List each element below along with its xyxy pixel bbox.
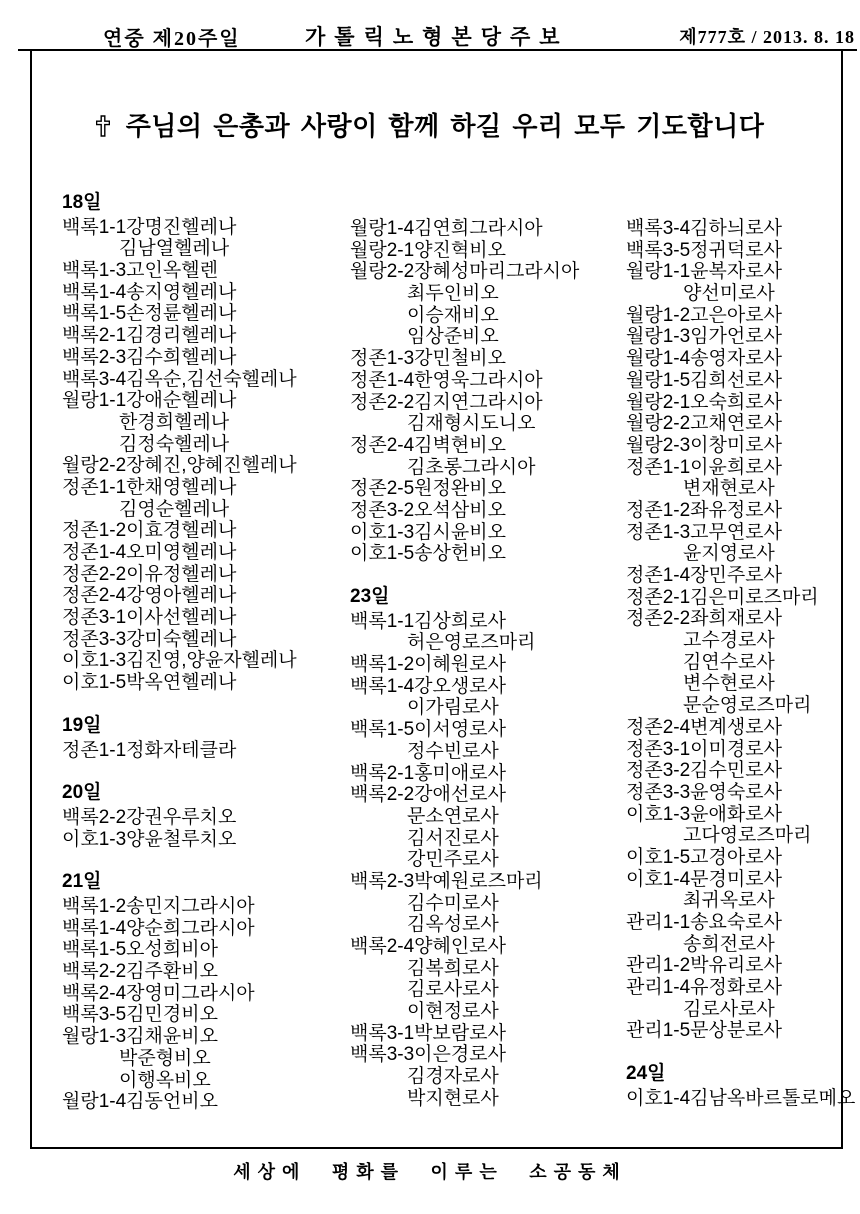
list-item: 백록3-4김옥순,김선숙헬레나	[62, 369, 354, 391]
date-heading: 24일	[626, 1063, 860, 1085]
header-week-label: 연중 제20주일	[103, 22, 241, 51]
list-item: 강민주로사	[350, 849, 642, 871]
list-item: 정존2-4변계생로사	[626, 717, 860, 739]
list-item: 백록1-4송지영헬레나	[62, 282, 354, 304]
section-gap	[62, 761, 354, 782]
list-item: 정존1-2좌유정로사	[626, 500, 860, 522]
page-title: 주님의 은총과 사랑이 함께 하길 우리 모두 기도합니다	[126, 111, 765, 141]
date-heading: 21일	[62, 871, 354, 893]
list-item: 김옥성로사	[350, 914, 642, 936]
list-item: 이호1-5고경아로사	[626, 847, 860, 869]
footer-motto: 세상에 평화를 이루는 소공동체	[0, 1158, 860, 1184]
section-gap	[62, 694, 354, 715]
list-item: 백록2-2김주환비오	[62, 961, 354, 983]
name-column-left: 18일백록1-1강명진헬레나김남열헬레나백록1-3고인옥헬렌백록1-4송지영헬레…	[62, 192, 354, 1113]
list-item: 월랑1-4김연희그라시아	[350, 218, 642, 240]
list-item: 양선미로사	[626, 283, 860, 305]
list-item: 정존3-1이사선헬레나	[62, 607, 354, 629]
list-item: 김연수로사	[626, 652, 860, 674]
list-item: 정존1-4장민주로사	[626, 565, 860, 587]
list-item: 관리1-2박유리로사	[626, 955, 860, 977]
list-item: 임상준비오	[350, 326, 642, 348]
list-item: 백록3-4김하늬로사	[626, 218, 860, 240]
list-item: 백록2-1홍미애로사	[350, 763, 642, 785]
list-item: 백록1-1강명진헬레나	[62, 217, 354, 239]
list-item: 백록1-5오성희비아	[62, 939, 354, 961]
list-item: 김정숙헬레나	[62, 434, 354, 456]
list-item: 월랑2-1오숙희로사	[626, 392, 860, 414]
date-heading: 20일	[62, 782, 354, 804]
list-item: 정존1-1정화자테클라	[62, 740, 354, 762]
list-item: 김복희로사	[350, 958, 642, 980]
list-item: 김재형시도니오	[350, 413, 642, 435]
section-gap	[350, 565, 642, 586]
list-item: 김경자로사	[350, 1066, 642, 1088]
list-item: 정존3-3윤영숙로사	[626, 782, 860, 804]
list-item: 정존3-2김수민로사	[626, 760, 860, 782]
list-item: 월랑1-3김채윤비오	[62, 1026, 354, 1048]
name-column-middle: 월랑1-4김연희그라시아월랑2-1양진혁비오월랑2-2장혜성마리그라시아최두인비…	[350, 192, 642, 1110]
list-item: 정존1-4오미영헬레나	[62, 542, 354, 564]
list-item: 백록1-1김상희로사	[350, 611, 642, 633]
list-item: 월랑1-4송영자로사	[626, 348, 860, 370]
list-item: 이승재비오	[350, 305, 642, 327]
list-item: 백록2-1김경리헬레나	[62, 325, 354, 347]
list-item: 월랑2-2장혜진,양혜진헬레나	[62, 455, 354, 477]
list-item: 이호1-5박옥연헬레나	[62, 672, 354, 694]
list-item: 백록1-5손정륜헬레나	[62, 303, 354, 325]
list-item: 관리1-5문상분로사	[626, 1020, 860, 1042]
list-item: 김영순헬레나	[62, 499, 354, 521]
list-item: 한경희헬레나	[62, 412, 354, 434]
list-item: 최귀옥로사	[626, 890, 860, 912]
list-item: 월랑1-4김동언비오	[62, 1091, 354, 1113]
list-item: 이호1-3양윤철루치오	[62, 829, 354, 851]
list-item: 이호1-3김진영,양윤자헬레나	[62, 650, 354, 672]
list-item: 백록1-3고인옥헬렌	[62, 260, 354, 282]
list-item: 정수빈로사	[350, 741, 642, 763]
list-item: 백록1-4강오생로사	[350, 676, 642, 698]
date-heading: 18일	[62, 192, 354, 214]
list-item: 백록3-5정귀덕로사	[626, 240, 860, 262]
list-item: 백록2-3김수희헬레나	[62, 347, 354, 369]
list-item: 백록3-1박보람로사	[350, 1023, 642, 1045]
list-item: 김서진로사	[350, 828, 642, 850]
list-item: 이행옥비오	[62, 1070, 354, 1092]
bulletin-page: 연중 제20주일 가톨릭노형본당주보 제777호 / 2013. 8. 18 주…	[0, 0, 860, 1214]
list-item: 정존2-5원정완비오	[350, 478, 642, 500]
list-item: 김로사로사	[350, 979, 642, 1001]
list-item: 정존1-1한채영헬레나	[62, 477, 354, 499]
list-item: 관리1-4유정화로사	[626, 977, 860, 999]
list-item: 정존1-4한영욱그라시아	[350, 370, 642, 392]
list-item: 박지현로사	[350, 1088, 642, 1110]
list-item: 정존2-2김지연그라시아	[350, 392, 642, 414]
list-item: 이가림로사	[350, 697, 642, 719]
list-item: 월랑1-3임가언로사	[626, 326, 860, 348]
list-item: 백록2-2강애선로사	[350, 784, 642, 806]
list-item: 정존2-4강영아헬레나	[62, 585, 354, 607]
list-item: 백록1-2이혜원로사	[350, 654, 642, 676]
list-item: 월랑1-2고은아로사	[626, 305, 860, 327]
list-item: 백록1-5이서영로사	[350, 719, 642, 741]
list-item: 송희전로사	[626, 934, 860, 956]
list-item: 월랑2-1양진혁비오	[350, 240, 642, 262]
list-item: 백록2-2강권우루치오	[62, 807, 354, 829]
section-gap	[62, 850, 354, 871]
list-item: 백록1-2송민지그라시아	[62, 896, 354, 918]
list-item: 정존1-3강민철비오	[350, 348, 642, 370]
header-issue-date: 제777호 / 2013. 8. 18	[679, 23, 855, 49]
date-heading: 19일	[62, 715, 354, 737]
list-item: 문소연로사	[350, 806, 642, 828]
list-item: 정존2-4김벽현비오	[350, 435, 642, 457]
list-item: 월랑2-2장혜성마리그라시아	[350, 261, 642, 283]
list-item: 변재현로사	[626, 478, 860, 500]
list-item: 이호1-3김시윤비오	[350, 522, 642, 544]
list-item: 김초롱그라시아	[350, 457, 642, 479]
name-column-right: 백록3-4김하늬로사백록3-5정귀덕로사월랑1-1윤복자로사양선미로사월랑1-2…	[626, 192, 860, 1110]
list-item: 월랑1-1강애순헬레나	[62, 390, 354, 412]
list-item: 박준형비오	[62, 1048, 354, 1070]
section-gap	[626, 1042, 860, 1063]
list-item: 백록2-4양혜인로사	[350, 936, 642, 958]
list-item: 이현정로사	[350, 1001, 642, 1023]
list-item: 월랑1-1윤복자로사	[626, 261, 860, 283]
list-item: 백록2-4장영미그라시아	[62, 983, 354, 1005]
list-item: 정존3-2오석삼비오	[350, 500, 642, 522]
list-item: 이호1-3윤애화로사	[626, 804, 860, 826]
list-item: 월랑2-3이창미로사	[626, 435, 860, 457]
list-item: 정존2-2좌희재로사	[626, 608, 860, 630]
list-item: 이호1-4문경미로사	[626, 869, 860, 891]
list-item: 고다영로즈마리	[626, 825, 860, 847]
list-item: 문순영로즈마리	[626, 695, 860, 717]
list-item: 김남열헬레나	[62, 238, 354, 260]
list-item: 변수현로사	[626, 673, 860, 695]
list-item: 정존1-3고무연로사	[626, 522, 860, 544]
list-item: 백록1-4양순희그라시아	[62, 918, 354, 940]
list-item: 정존1-2이효경헬레나	[62, 520, 354, 542]
list-item: 이호1-4김남옥바르톨로메오	[626, 1088, 860, 1110]
list-item: 백록3-5김민경비오	[62, 1004, 354, 1026]
list-item: 정존3-3강미숙헬레나	[62, 629, 354, 651]
list-item: 정존3-1이미경로사	[626, 739, 860, 761]
list-item: 정존2-2이유정헬레나	[62, 564, 354, 586]
header-bulletin-title: 가톨릭노형본당주보	[305, 21, 569, 51]
list-item: 허은영로즈마리	[350, 632, 642, 654]
list-item: 백록2-3박예원로즈마리	[350, 871, 642, 893]
list-item: 월랑2-2고채연로사	[626, 413, 860, 435]
list-item: 관리1-1송요숙로사	[626, 912, 860, 934]
list-item: 정존1-1이윤희로사	[626, 457, 860, 479]
cross-icon	[96, 113, 110, 144]
list-item: 월랑1-5김희선로사	[626, 370, 860, 392]
list-item: 김로사로사	[626, 999, 860, 1021]
list-item: 이호1-5송상헌비오	[350, 543, 642, 565]
date-heading: 23일	[350, 586, 642, 608]
list-item: 정존2-1김은미로즈마리	[626, 587, 860, 609]
list-item: 최두인비오	[350, 283, 642, 305]
prayer-title-row: 주님의 은총과 사랑이 함께 하길 우리 모두 기도합니다	[0, 106, 860, 144]
list-item: 김수미로사	[350, 893, 642, 915]
list-item: 백록3-3이은경로사	[350, 1044, 642, 1066]
list-item: 고수경로사	[626, 630, 860, 652]
list-item: 윤지영로사	[626, 543, 860, 565]
